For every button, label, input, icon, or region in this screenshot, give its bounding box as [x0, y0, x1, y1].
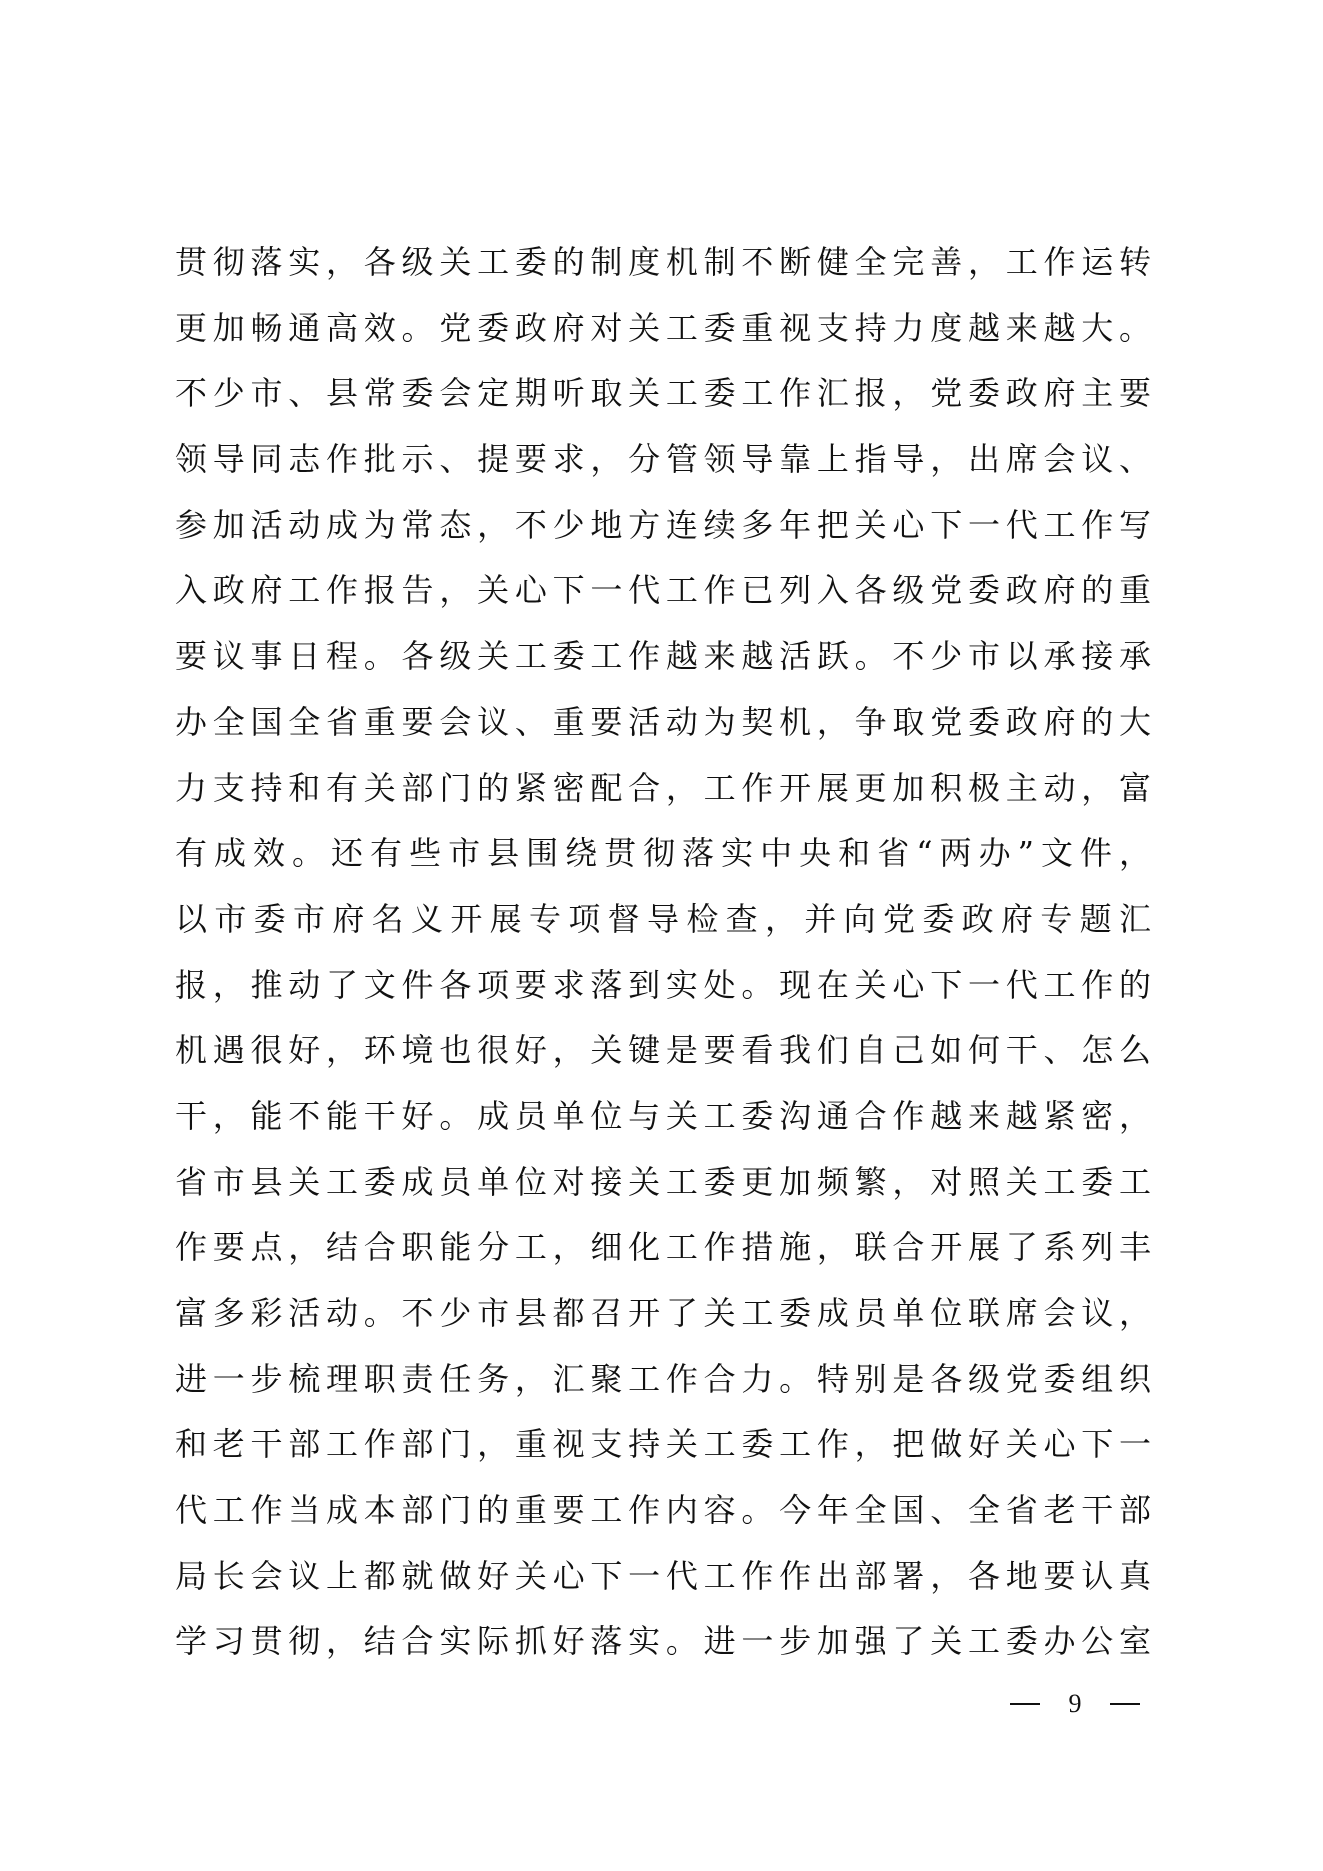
- text-line: 要议事日程。各级关工委工作越来越活跃。不少市以承接承: [175, 630, 1151, 696]
- text-line: 干，能不能干好。成员单位与关工委沟通合作越来越紧密，: [175, 1090, 1151, 1156]
- text-line: 作要点，结合职能分工，细化工作措施，联合开展了系列丰: [175, 1221, 1151, 1287]
- dash-right: [1110, 1703, 1140, 1705]
- text-line: 有成效。还有些市县围绕贯彻落实中央和省“两办”文件，: [175, 827, 1151, 893]
- text-line: 学习贯彻，结合实际抓好落实。进一步加强了关工委办公室: [175, 1615, 1151, 1681]
- text-line: 省市县关工委成员单位对接关工委更加频繁，对照关工委工: [175, 1156, 1151, 1222]
- dash-left: [1010, 1703, 1040, 1705]
- document-page: 贯彻落实，各级关工委的制度机制不断健全完善，工作运转 更加畅通高效。党委政府对关…: [0, 0, 1323, 1871]
- text-line: 参加活动成为常态，不少地方连续多年把关心下一代工作写: [175, 499, 1151, 565]
- text-line: 代工作当成本部门的重要工作内容。今年全国、全省老干部: [175, 1484, 1151, 1550]
- page-number: 9: [1010, 1684, 1140, 1724]
- text-line: 机遇很好，环境也很好，关键是要看我们自己如何干、怎么: [175, 1024, 1151, 1090]
- text-line: 贯彻落实，各级关工委的制度机制不断健全完善，工作运转: [175, 236, 1151, 302]
- text-line: 不少市、县常委会定期听取关工委工作汇报，党委政府主要: [175, 367, 1151, 433]
- text-line: 局长会议上都就做好关心下一代工作作出部署，各地要认真: [175, 1550, 1151, 1616]
- text-line: 入政府工作报告，关心下一代工作已列入各级党委政府的重: [175, 564, 1151, 630]
- text-line: 更加畅通高效。党委政府对关工委重视支持力度越来越大。: [175, 302, 1151, 368]
- text-line: 报，推动了文件各项要求落到实处。现在关心下一代工作的: [175, 959, 1151, 1025]
- text-line: 以市委市府名义开展专项督导检查，并向党委政府专题汇: [175, 893, 1151, 959]
- page-number-value: 9: [1069, 1684, 1082, 1724]
- text-line: 力支持和有关部门的紧密配合，工作开展更加积极主动，富: [175, 762, 1151, 828]
- text-line: 领导同志作批示、提要求，分管领导靠上指导，出席会议、: [175, 433, 1151, 499]
- text-line: 富多彩活动。不少市县都召开了关工委成员单位联席会议，: [175, 1287, 1151, 1353]
- body-text: 贯彻落实，各级关工委的制度机制不断健全完善，工作运转 更加畅通高效。党委政府对关…: [175, 236, 1151, 1681]
- text-line: 和老干部工作部门，重视支持关工委工作，把做好关心下一: [175, 1418, 1151, 1484]
- text-line: 办全国全省重要会议、重要活动为契机，争取党委政府的大: [175, 696, 1151, 762]
- text-line: 进一步梳理职责任务，汇聚工作合力。特别是各级党委组织: [175, 1353, 1151, 1419]
